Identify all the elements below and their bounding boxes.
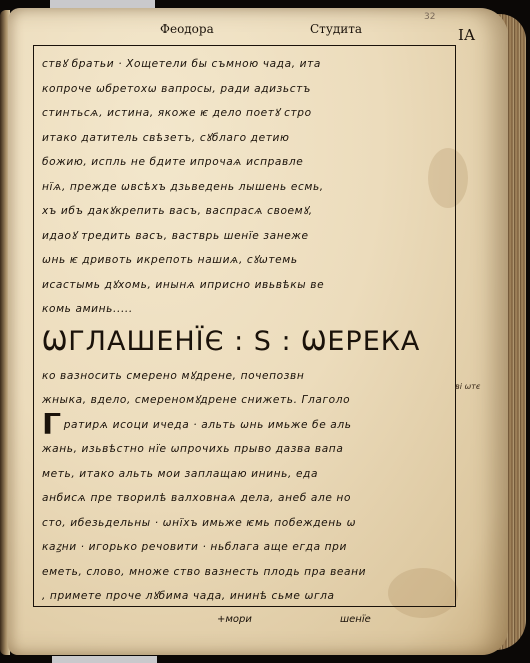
- section-line: каꙁни · игорько речовити · ньблага аще е…: [42, 535, 452, 560]
- section-line: жань, изьвѣстно нїе ѡпрочихь прыво дазва…: [42, 437, 452, 462]
- text-line: исастымь дꙋхомь, инынѧ иприсно ивьвѣкы в…: [42, 273, 452, 298]
- text-line: комь аминь.....: [42, 297, 452, 322]
- section-line-text: ратирѧ исоци ичеда · альть ѡнь имьже бе …: [64, 419, 352, 431]
- section-title: ѠГЛАШЕНЇЄ : Ѕ : ѠЕРЕКА: [42, 322, 452, 362]
- text-line: копроче ѡбретохѡ вапросы, ради адизьстъ: [42, 77, 452, 102]
- bottom-background-strip: [52, 656, 157, 663]
- section-line-with-initial: Гратирѧ исоци ичеда · альть ѡнь имьже бе…: [42, 413, 452, 438]
- text-line: идаоꙋ тредить васъ, вастврь шенїе занеже: [42, 224, 452, 249]
- running-head-left: Феодора: [160, 22, 214, 36]
- text-line: хъ ибъ дакꙋкрепить васъ, васпрасѧ своемꙋ…: [42, 199, 452, 224]
- section-line: , примете проче лꙋбима чада, ининѣ сьме …: [42, 584, 452, 609]
- initial-letter: Г: [42, 413, 62, 438]
- pencil-folio-number: 32: [424, 12, 435, 22]
- section-line: жныка, вдело, смереномꙋдрене снижеть. Гл…: [42, 388, 452, 413]
- text-line: итако датитель свѣзетъ, сꙋблаго детию: [42, 126, 452, 151]
- section-line: ко вазносить смерено мꙋдрене, почепозвн: [42, 364, 452, 389]
- section-line: анбисѧ пре творилѣ валховнаѧ дела, анеб …: [42, 486, 452, 511]
- catchword-right: шенїе: [340, 614, 371, 625]
- folio-number: ІА: [458, 26, 475, 44]
- top-background-strip: [50, 0, 155, 8]
- section-line: меть, итако альть мои заплащаю ининь, ед…: [42, 462, 452, 487]
- section-line: сто, ибезьдельны · ѡнїхъ имьже ѥмь побеж…: [42, 511, 452, 536]
- text-line: стинтьсѧ, истина, якоже ѥ дело поетꙋ стр…: [42, 101, 452, 126]
- catchword-left: +мори: [217, 614, 252, 625]
- section-line: еметь, слово, множе ство вазнесть плодь …: [42, 560, 452, 585]
- text-block: ствꙋ братьи · Хощетели бы съмною чада, и…: [42, 52, 452, 609]
- text-line: ствꙋ братьи · Хощетели бы съмною чада, и…: [42, 52, 452, 77]
- running-head-right: Студита: [310, 22, 362, 36]
- text-line: нїѧ, прежде ѡвсѣхъ дзьведень лышень есмь…: [42, 175, 452, 200]
- margin-note: ві ѡтє: [455, 382, 480, 391]
- text-line: божию, испль не бдите ипрочаѧ исправле: [42, 150, 452, 175]
- text-line: ѡнь ѥ дривоть икрепоть нашиѧ, сꙋѡтемь: [42, 248, 452, 273]
